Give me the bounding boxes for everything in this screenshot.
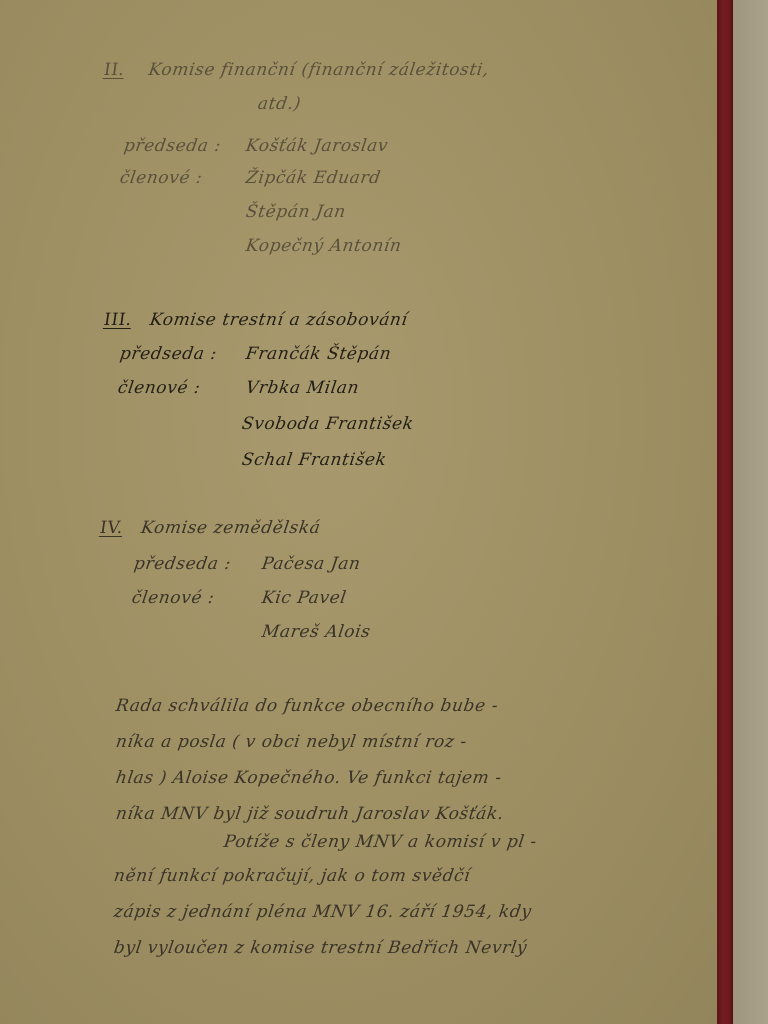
section-iii-member: Svoboda František — [241, 414, 415, 434]
section-ii-chair-label: předseda : — [123, 136, 223, 156]
section-iii-number: III. — [103, 310, 134, 330]
section-ii-members-label: členové : — [119, 168, 204, 188]
paragraph-line: níka MNV byl již soudruh Jaroslav Košťák… — [115, 804, 506, 824]
section-iii-member: Schal František — [241, 450, 388, 470]
section-iii-title: Komise trestní a zásobování — [149, 310, 409, 330]
section-ii-chair: Košťák Jaroslav — [245, 136, 390, 156]
section-ii-member: Štěpán Jan — [245, 202, 348, 222]
section-iv-heading: IV. Komise zemědělská — [99, 518, 322, 538]
section-ii-member: Kopečný Antonín — [245, 236, 403, 256]
notebook-page: II. Komise finanční (finanční záležitost… — [0, 0, 717, 1024]
section-ii-member: Žipčák Eduard — [245, 168, 382, 188]
paragraph-line: hlas ) Aloise Kopečného. Ve funkci tajem… — [115, 768, 504, 788]
section-ii-heading: II. Komise finanční (finanční záležitost… — [103, 60, 491, 80]
section-iii-members-label: členové : — [117, 378, 202, 398]
photo-scene: II. Komise finanční (finanční záležitost… — [0, 0, 768, 1024]
section-iii-member: Vrbka Milan — [245, 378, 361, 398]
section-iv-number: IV. — [99, 518, 125, 538]
section-iv-member: Kic Pavel — [261, 588, 348, 608]
section-iii-chair: Frančák Štěpán — [245, 344, 393, 364]
paragraph-line: nění funkcí pokračují, jak o tom svědčí — [113, 866, 472, 886]
section-iv-members-label: členové : — [131, 588, 216, 608]
section-iv-chair-label: předseda : — [133, 554, 233, 574]
paragraph-line: byl vyloučen z komise trestní Bedřich Ne… — [113, 938, 529, 958]
section-ii-title-continued: atd.) — [257, 94, 303, 114]
red-page-edge — [717, 0, 733, 1024]
section-iii-heading: III. Komise trestní a zásobování — [103, 310, 409, 330]
paragraph-line: Potíže s členy MNV a komisí v pl - — [223, 832, 539, 852]
section-iv-member: Mareš Alois — [261, 622, 372, 642]
section-iv-chair: Pačesa Jan — [261, 554, 362, 574]
section-iii-chair-label: předseda : — [119, 344, 219, 364]
background-surface — [733, 0, 768, 1024]
paragraph-line: zápis z jednání pléna MNV 16. září 1954,… — [113, 902, 533, 922]
section-iv-title: Komise zemědělská — [140, 518, 322, 538]
section-ii-number: II. — [103, 60, 126, 80]
section-ii-title: Komise finanční (finanční záležitosti, — [147, 60, 490, 80]
paragraph-line: Rada schválila do funkce obecního bube - — [115, 696, 500, 716]
paragraph-line: níka a posla ( v obci nebyl místní roz - — [115, 732, 469, 752]
